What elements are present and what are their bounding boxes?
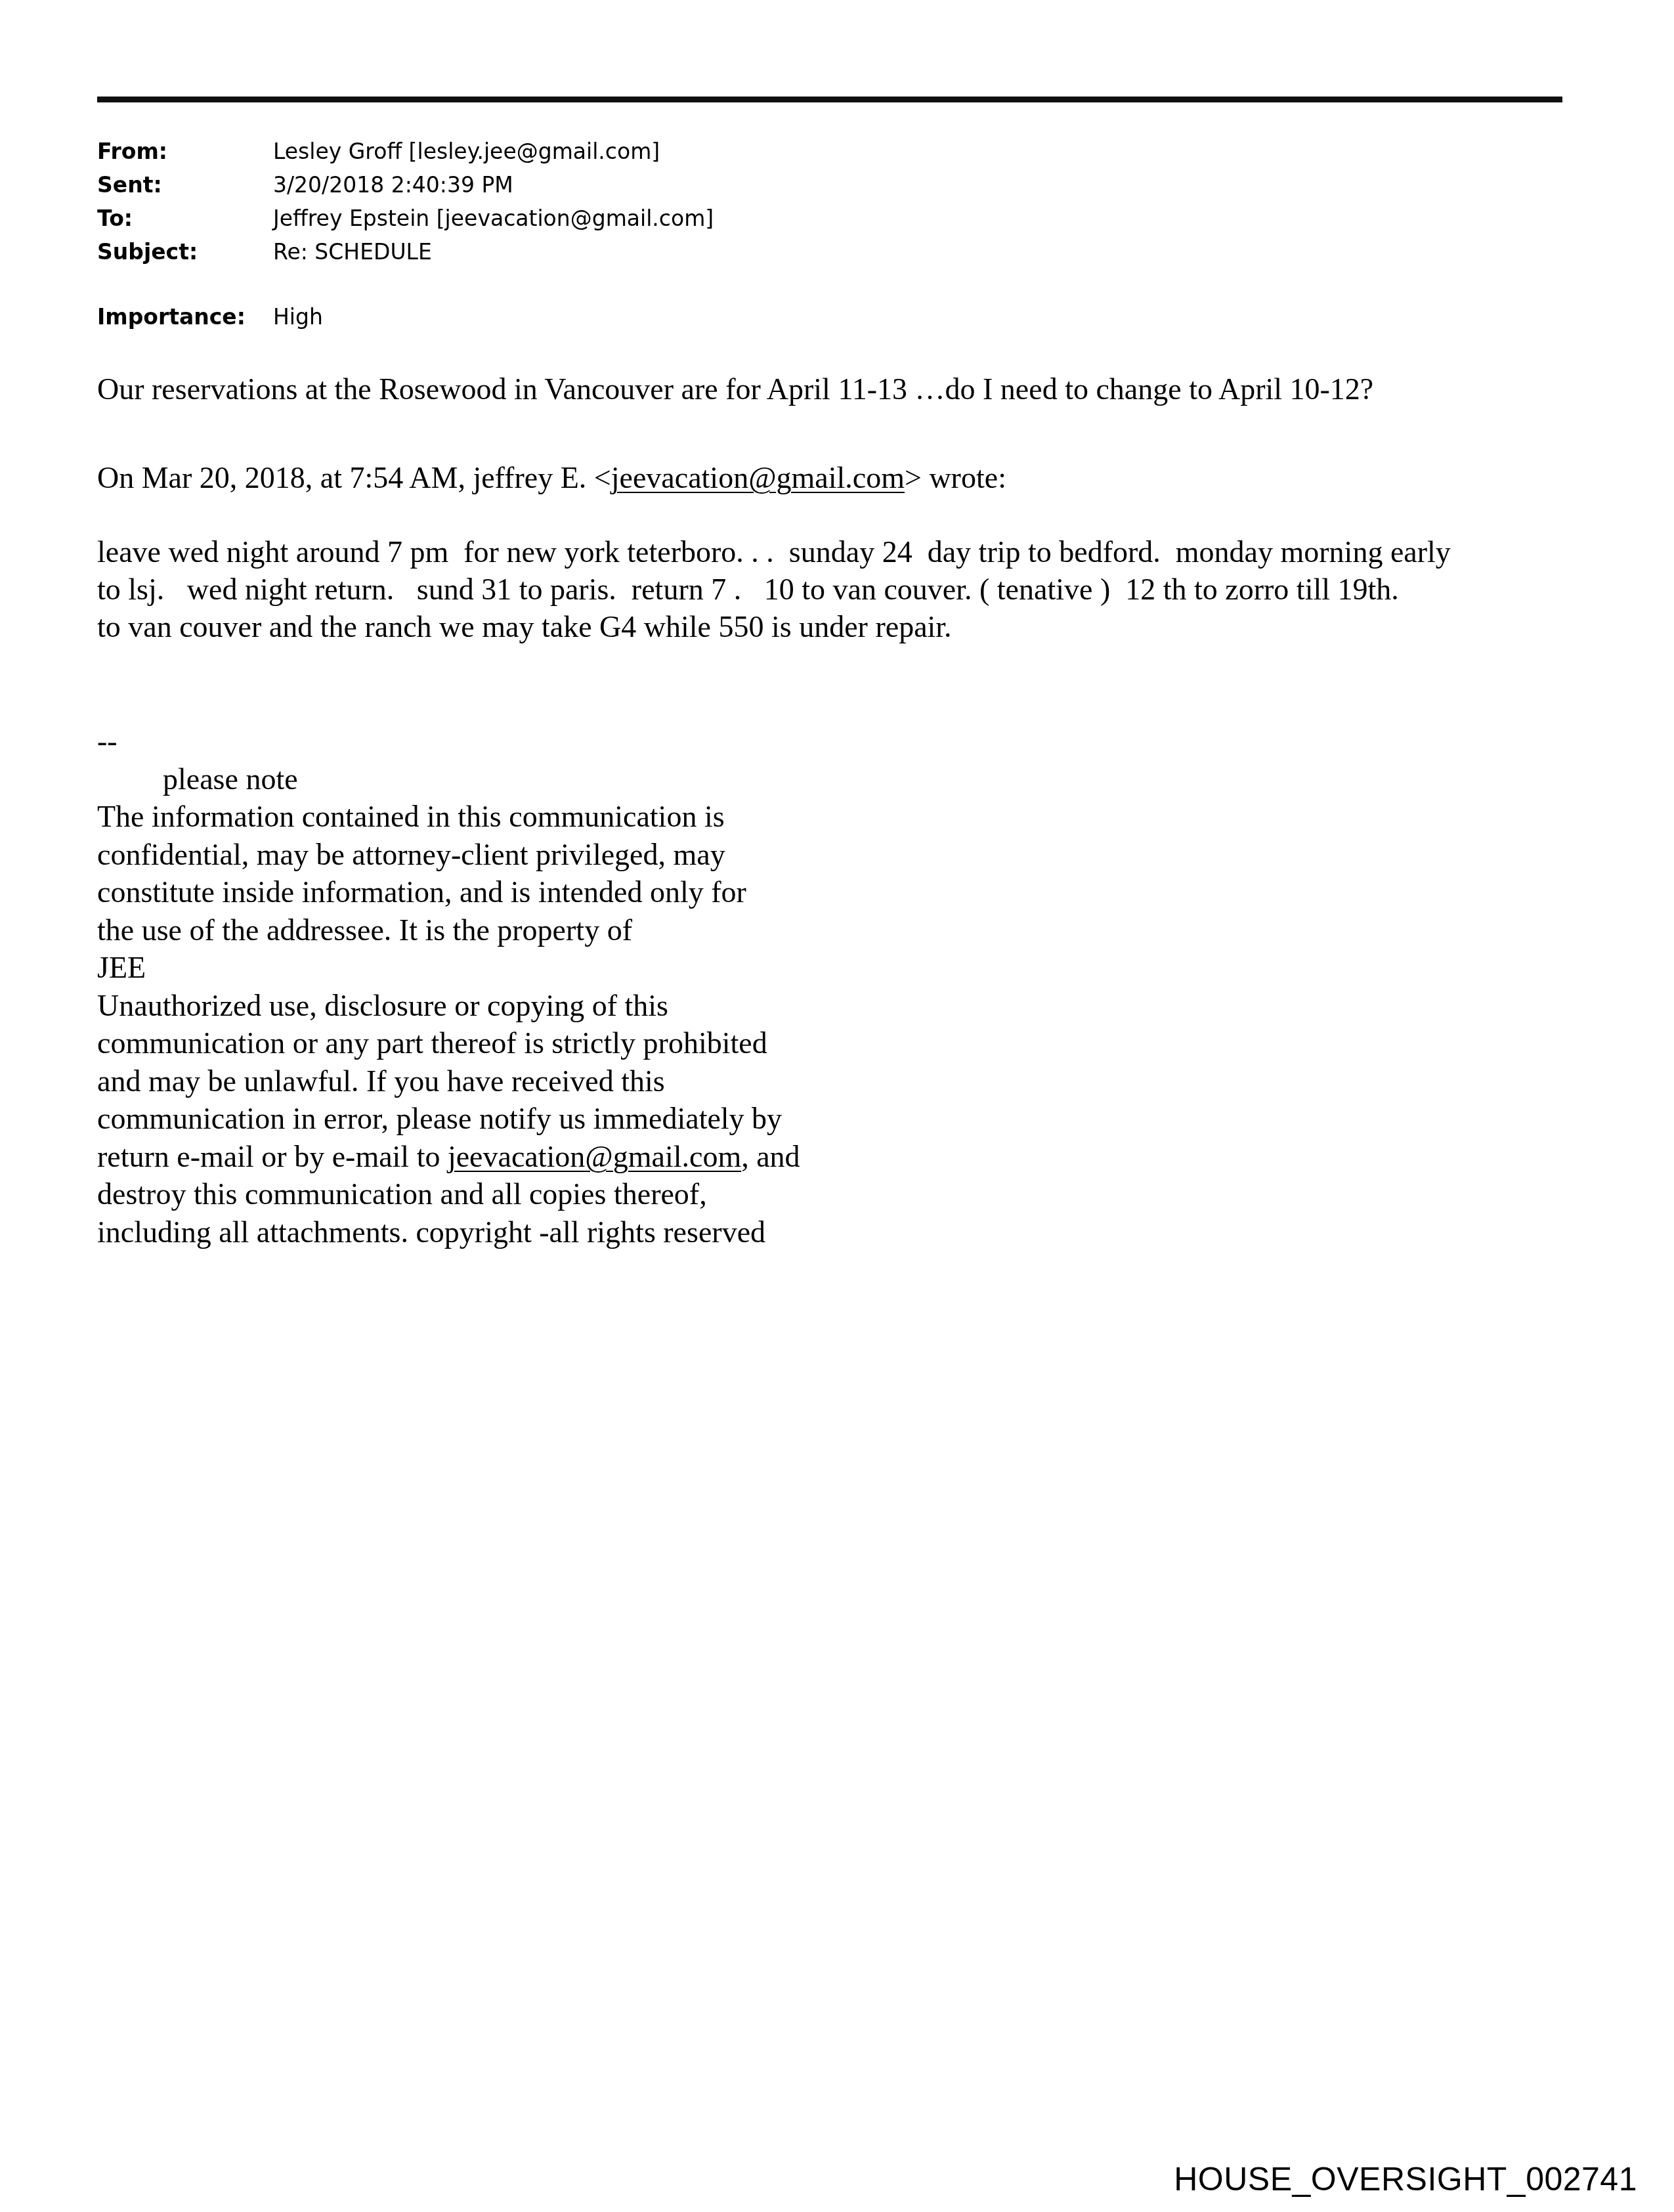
quoted-line: to lsj. wed night return. sund 31 to par… — [97, 571, 1451, 608]
header-from: From: Lesley Groff [lesley.jee@gmail.com… — [97, 135, 714, 168]
email-headers: From: Lesley Groff [lesley.jee@gmail.com… — [97, 135, 714, 334]
disclaimer-line: Unauthorized use, disclosure or copying … — [97, 987, 800, 1025]
header-sent: Sent: 3/20/2018 2:40:39 PM — [97, 168, 714, 202]
sent-label: Sent: — [97, 168, 273, 202]
quoted-line: to van couver and the ranch we may take … — [97, 608, 1451, 645]
subject-label: Subject: — [97, 235, 273, 269]
importance-value: High — [273, 300, 323, 334]
signature-note: please note — [97, 760, 800, 798]
signature-separator: -- — [97, 722, 800, 760]
from-value: Lesley Groff [lesley.jee@gmail.com] — [273, 135, 660, 168]
quote-header-suffix: > wrote: — [905, 461, 1006, 494]
sent-value: 3/20/2018 2:40:39 PM — [273, 168, 513, 202]
disclaimer-line: communication or any part thereof is str… — [97, 1024, 800, 1062]
disclaimer-line: confidential, may be attorney-client pri… — [97, 836, 800, 874]
importance-label: Importance: — [97, 300, 273, 334]
header-divider — [97, 97, 1562, 102]
header-importance: Importance: High — [97, 300, 714, 334]
from-label: From: — [97, 135, 273, 168]
bates-number: HOUSE_OVERSIGHT_002741 — [1174, 2160, 1637, 2198]
contact-suffix: , and — [741, 1140, 800, 1173]
contact-prefix: return e-mail or by e-mail to — [97, 1140, 448, 1173]
to-value: Jeffrey Epstein [jeevacation@gmail.com] — [273, 202, 714, 235]
to-label: To: — [97, 202, 273, 235]
subject-value: Re: SCHEDULE — [273, 235, 432, 269]
header-subject: Subject: Re: SCHEDULE — [97, 235, 714, 269]
disclaimer-line: and may be unlawful. If you have receive… — [97, 1062, 800, 1100]
disclaimer-line: communication in error, please notify us… — [97, 1100, 800, 1138]
quote-sender-email-link[interactable]: jeevacation@gmail.com — [611, 461, 905, 494]
reply-text: Our reservations at the Rosewood in Vanc… — [97, 370, 1373, 409]
quoted-line: leave wed night around 7 pm for new york… — [97, 533, 1451, 571]
quote-header: On Mar 20, 2018, at 7:54 AM, jeffrey E. … — [97, 458, 1006, 498]
signature-disclaimer: -- please note The information contained… — [97, 722, 800, 1251]
disclaimer-line: including all attachments. copyright -al… — [97, 1213, 800, 1251]
disclaimer-line: The information contained in this commun… — [97, 798, 800, 836]
disclaimer-line: JEE — [97, 949, 800, 987]
header-to: To: Jeffrey Epstein [jeevacation@gmail.c… — [97, 202, 714, 235]
disclaimer-line: the use of the addressee. It is the prop… — [97, 911, 800, 949]
quoted-message: leave wed night around 7 pm for new york… — [97, 533, 1451, 645]
disclaimer-line: destroy this communication and all copie… — [97, 1175, 800, 1213]
disclaimer-email-link[interactable]: jeevacation@gmail.com — [448, 1140, 741, 1173]
quote-header-prefix: On Mar 20, 2018, at 7:54 AM, jeffrey E. … — [97, 461, 611, 494]
disclaimer-line: constitute inside information, and is in… — [97, 873, 800, 911]
disclaimer-contact-line: return e-mail or by e-mail to jeevacatio… — [97, 1138, 800, 1176]
